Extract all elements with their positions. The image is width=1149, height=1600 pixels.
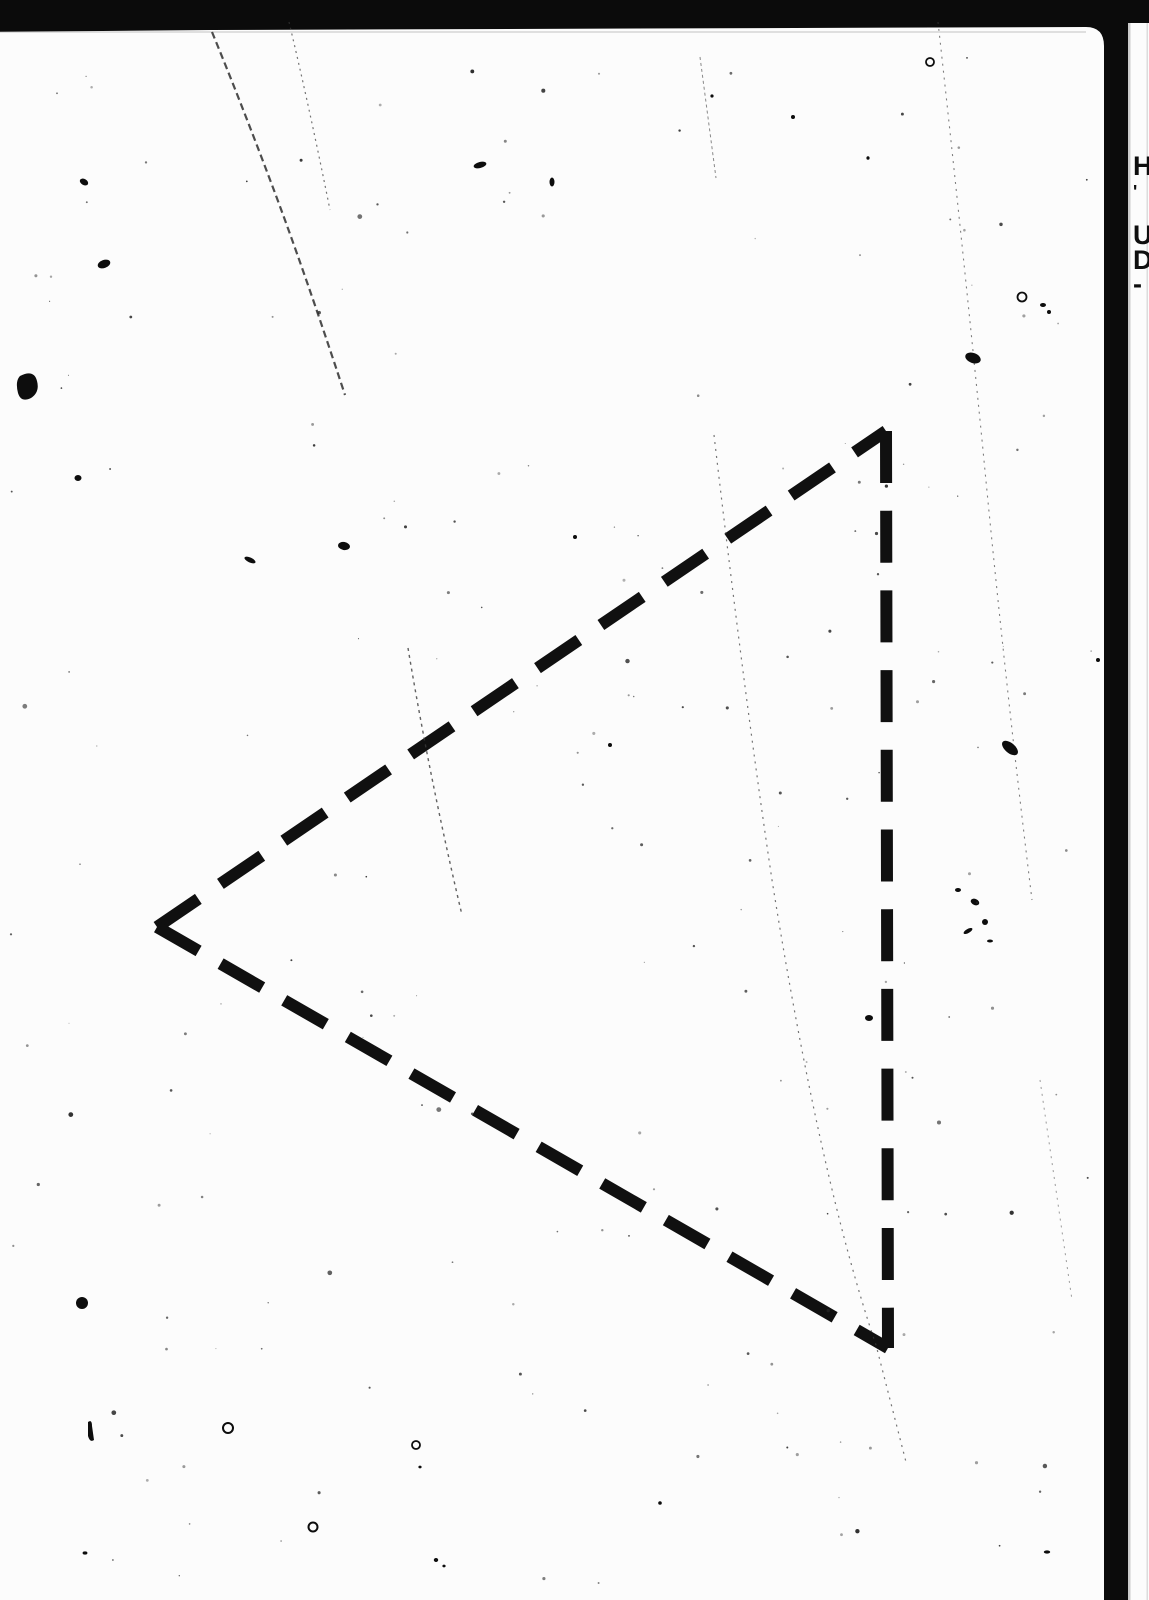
scratch-line	[700, 57, 716, 178]
ink-blob	[17, 373, 38, 399]
scratch-lines	[212, 22, 1072, 1462]
ink-blob	[970, 897, 981, 906]
ink-ring	[1018, 293, 1027, 302]
scan-edge-black	[0, 0, 1149, 1600]
ink-blob	[866, 156, 869, 160]
scratch-line	[1040, 1080, 1072, 1300]
ink-blob	[608, 743, 612, 747]
noise-speckles	[10, 57, 1092, 1584]
gutter-soft-edge	[1128, 23, 1131, 1600]
ink-ring	[223, 1423, 233, 1433]
ink-blob	[244, 555, 257, 565]
ink-blob	[710, 94, 713, 97]
ink-ring	[926, 58, 934, 66]
ink-blob	[963, 927, 974, 935]
ink-blob	[1096, 658, 1100, 662]
dashed-triangle	[157, 431, 888, 1348]
scratch-line	[289, 22, 330, 210]
ink-blob	[473, 160, 487, 169]
ink-ring	[412, 1441, 420, 1449]
ink-blob	[442, 1565, 445, 1568]
ink-blob	[1044, 1550, 1050, 1553]
scratch-line	[938, 22, 1032, 900]
topbar-fuzz	[0, 31, 1086, 33]
ink-blob	[434, 1558, 438, 1562]
ink-blob	[865, 1015, 873, 1021]
triangle-side-right	[886, 431, 888, 1348]
ink-blob	[75, 475, 82, 481]
ink-blob	[97, 258, 112, 270]
margin-text-fragment: -	[1133, 271, 1142, 298]
ink-blob	[550, 178, 555, 187]
scratch-line	[408, 648, 462, 915]
ink-ring	[309, 1523, 318, 1532]
ink-blob	[79, 177, 90, 187]
ink-blob	[964, 351, 982, 366]
ink-blob	[83, 1551, 88, 1554]
ink-blob	[658, 1501, 662, 1505]
ink-blob	[955, 888, 961, 892]
ink-blob	[337, 541, 350, 551]
ink-blob	[76, 1297, 88, 1309]
margin-text-fragment: H	[1133, 153, 1149, 180]
ink-blob	[88, 1421, 94, 1441]
ink-blob	[1047, 310, 1051, 314]
triangle-side-upper	[157, 431, 886, 927]
scanned-page: { "figure": { "type": "dashed-triangle",…	[0, 0, 1149, 1600]
ink-blob	[791, 115, 795, 119]
ink-blob	[1000, 738, 1021, 758]
ink-blob	[418, 1466, 421, 1469]
triangle-side-lower	[157, 927, 888, 1348]
ink-blob	[987, 940, 993, 943]
ink-blobs	[17, 58, 1100, 1567]
ink-blob	[982, 919, 988, 925]
ink-blob	[1040, 303, 1046, 307]
ink-blob	[573, 535, 577, 539]
scan-artwork	[0, 0, 1149, 1600]
margin-text-fragment: '	[1133, 183, 1137, 201]
scratch-line	[212, 32, 345, 395]
